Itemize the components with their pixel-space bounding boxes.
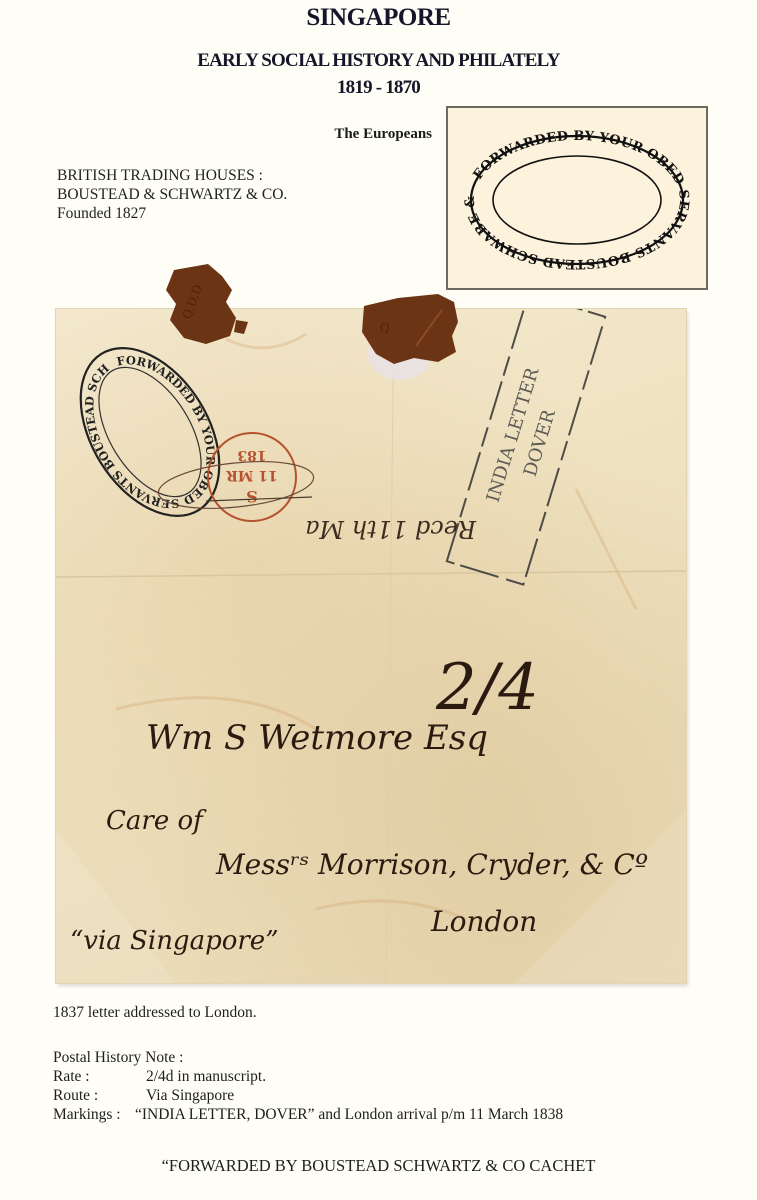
note-row-rate: Rate : 2/4d in manuscript. <box>53 1067 563 1086</box>
svg-text:11 MR: 11 MR <box>226 467 278 483</box>
subject-company: BOUSTEAD & SCHWARTZ & CO. <box>57 185 287 204</box>
subject-category: BRITISH TRADING HOUSES : <box>57 166 287 185</box>
page-title: SINGAPORE <box>0 4 757 32</box>
svg-text:FORWARDED BY YOUR OBED SERVANT: FORWARDED BY YOUR OBED SERVANTS BOUSTEAD… <box>448 108 691 271</box>
section-heading: The Europeans <box>310 126 432 143</box>
letter-caption: 1837 letter addressed to London. <box>53 1004 257 1022</box>
footer-caption: “FORWARDED BY BOUSTEAD SCHWARTZ & CO CAC… <box>0 1156 757 1176</box>
note-heading: Postal History Note : <box>53 1048 563 1067</box>
svg-text:Q: Q <box>380 321 390 335</box>
subject-founded: Founded 1827 <box>57 204 287 223</box>
letter-artwork: FORWARDED BY YOUR OBED SERVANTS BOUSTEAD… <box>56 309 686 983</box>
rate-manuscript: 2/4 <box>435 651 539 725</box>
svg-text:S: S <box>246 487 258 506</box>
addressee-name: Wm S Wetmore Esq <box>146 718 488 758</box>
letter-cover: FORWARDED BY YOUR OBED SERVANTS BOUSTEAD… <box>56 309 686 983</box>
svg-text:Recd 11th Ma: Recd 11th Ma <box>305 515 477 543</box>
firm-name: Messʳˢ Morrison, Cryder, & Cº <box>215 848 648 881</box>
wax-seal-left-icon: Q.D.D <box>160 260 260 350</box>
cachet-illustration-text: FORWARDED BY YOUR OBED SERVANTS BOUSTEAD… <box>448 108 691 271</box>
note-row-markings: Markings : “INDIA LETTER, DOVER” and Lon… <box>53 1105 563 1124</box>
postal-history-note: Postal History Note : Rate : 2/4d in man… <box>53 1048 563 1124</box>
care-of-line: Care of <box>106 806 207 836</box>
route-endorsement: “via Singapore” <box>70 926 278 956</box>
cachet-illustration: FORWARDED BY YOUR OBED SERVANTS BOUSTEAD… <box>446 106 708 290</box>
wax-seal-right-icon: Q <box>358 292 468 372</box>
svg-text:183: 183 <box>237 447 266 463</box>
date-range: 1819 - 1870 <box>0 77 757 99</box>
note-row-route: Route : Via Singapore <box>53 1086 563 1105</box>
subject-block: BRITISH TRADING HOUSES : BOUSTEAD & SCHW… <box>57 166 287 223</box>
city-name: London <box>430 905 537 938</box>
oval-cachet-icon: FORWARDED BY YOUR OBED SERVANTS BOUSTEAD… <box>448 108 706 288</box>
page-subtitle: EARLY SOCIAL HISTORY AND PHILATELY <box>0 50 757 72</box>
